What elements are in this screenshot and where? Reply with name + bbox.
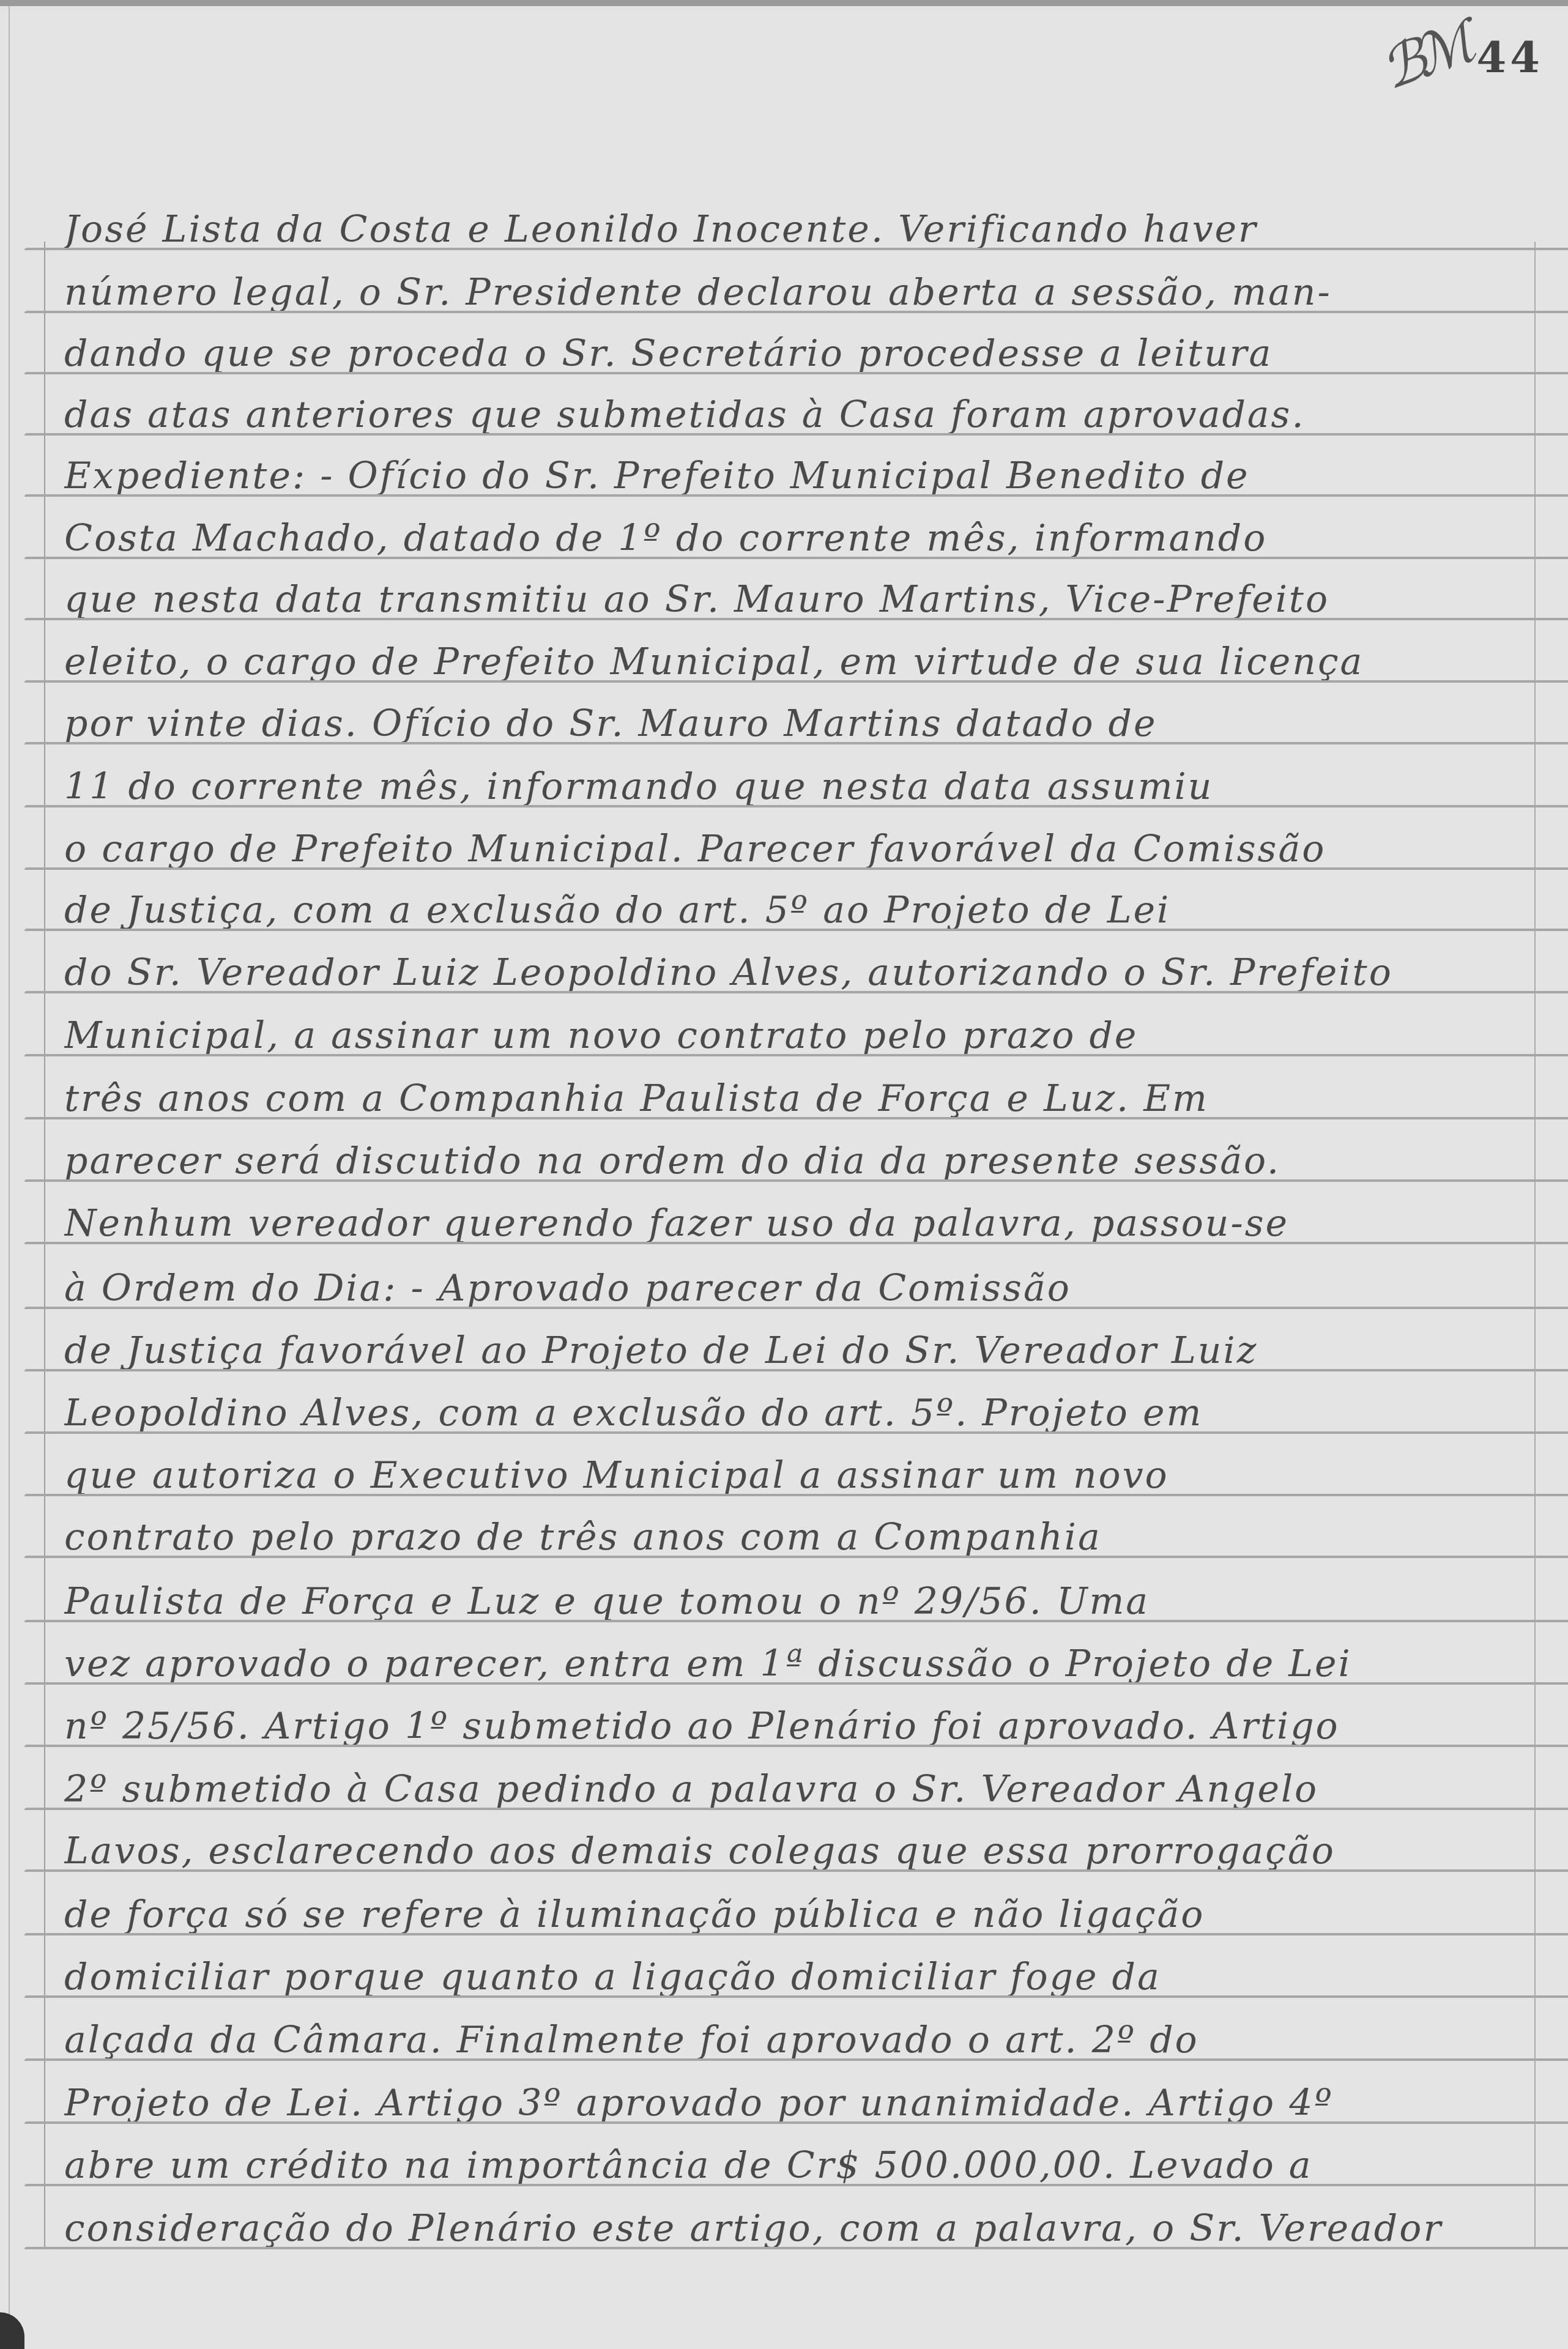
ruled-line xyxy=(24,2058,1568,2061)
ruled-line xyxy=(24,372,1568,374)
ruled-line xyxy=(24,1620,1568,1622)
ruled-line xyxy=(24,680,1568,683)
ruled-line xyxy=(24,867,1568,870)
ruled-line xyxy=(24,742,1568,744)
ruled-line xyxy=(24,1242,1568,1244)
text-line: dando que se proceda o Sr. Secretário pr… xyxy=(64,335,1529,372)
ruled-line xyxy=(24,433,1568,436)
text-line: Projeto de Lei. Artigo 3º aprovado por u… xyxy=(64,2085,1529,2121)
ruled-line xyxy=(24,1054,1568,1056)
text-line: que autoriza o Executivo Municipal a ass… xyxy=(64,1457,1529,1494)
ruled-line xyxy=(24,1869,1568,1872)
text-line: eleito, o cargo de Prefeito Municipal, e… xyxy=(64,644,1529,680)
text-line: nº 25/56. Artigo 1º submetido ao Plenári… xyxy=(64,1708,1529,1745)
text-line: de Justiça favorável ao Projeto de Lei d… xyxy=(64,1332,1529,1369)
manuscript-page: ℬℳ 44 José Lista da Costa e Leonildo Ino… xyxy=(0,0,1568,2349)
page-number: 44 xyxy=(1477,32,1544,83)
right-vertical-rule xyxy=(1534,242,1536,2248)
ruled-line xyxy=(24,2184,1568,2186)
text-line: consideração do Plenário este artigo, co… xyxy=(64,2210,1529,2247)
text-line: à Ordem do Dia: - Aprovado parecer da Co… xyxy=(64,1270,1529,1307)
left-vertical-rule xyxy=(44,242,45,2248)
text-line: Municipal, a assinar um novo contrato pe… xyxy=(64,1017,1529,1054)
text-line: 2º submetido à Casa pedindo a palavra o … xyxy=(64,1771,1529,1808)
ruled-line xyxy=(24,1745,1568,1747)
text-line: Lavos, esclarecendo aos demais colegas q… xyxy=(64,1833,1529,1869)
text-line: abre um crédito na importância de Cr$ 50… xyxy=(64,2147,1529,2184)
text-line: o cargo de Prefeito Municipal. Parecer f… xyxy=(64,831,1529,867)
ruled-line xyxy=(24,1369,1568,1371)
text-line: de força só se refere à iluminação públi… xyxy=(64,1896,1529,1933)
page-top-edge xyxy=(0,0,1568,6)
text-line: número legal, o Sr. Presidente declarou … xyxy=(64,274,1529,311)
text-line: alçada da Câmara. Finalmente foi aprovad… xyxy=(64,2022,1529,2058)
text-line: do Sr. Vereador Luiz Leopoldino Alves, a… xyxy=(64,954,1529,991)
text-line: vez aprovado o parecer, entra em 1ª disc… xyxy=(64,1646,1529,1682)
ruled-line xyxy=(24,2121,1568,2124)
page-header: ℬℳ 44 xyxy=(1381,24,1544,90)
ruled-line xyxy=(24,1933,1568,1935)
ruled-line xyxy=(24,1117,1568,1119)
ruled-line xyxy=(24,1494,1568,1496)
ruled-line xyxy=(24,1556,1568,1558)
ruled-line xyxy=(24,1808,1568,1810)
ruled-line xyxy=(24,618,1568,620)
ruled-line xyxy=(24,311,1568,313)
ruled-line xyxy=(24,929,1568,931)
ruled-line xyxy=(24,557,1568,559)
text-line: de Justiça, com a exclusão do art. 5º ao… xyxy=(64,892,1529,929)
ruled-line xyxy=(24,248,1568,250)
text-line: Expediente: - Ofício do Sr. Prefeito Mun… xyxy=(64,458,1529,494)
text-line: Costa Machado, datado de 1º do corrente … xyxy=(64,520,1529,557)
ruled-line xyxy=(24,1307,1568,1309)
ruled-line xyxy=(24,1995,1568,1998)
ruled-line xyxy=(24,991,1568,993)
ruled-line xyxy=(24,1431,1568,1434)
text-line: por vinte dias. Ofício do Sr. Mauro Mart… xyxy=(64,705,1529,742)
text-line: Paulista de Força e Luz e que tomou o nº… xyxy=(64,1583,1529,1620)
text-line: Nenhum vereador querendo fazer uso da pa… xyxy=(64,1205,1529,1242)
ruled-line xyxy=(24,2247,1568,2249)
ruled-line xyxy=(24,1682,1568,1685)
text-line: Leopoldino Alves, com a exclusão do art.… xyxy=(64,1395,1529,1431)
text-line: três anos com a Companhia Paulista de Fo… xyxy=(64,1080,1529,1117)
ruled-line xyxy=(24,1179,1568,1182)
ruled-line xyxy=(24,805,1568,807)
text-line: das atas anteriores que submetidas à Cas… xyxy=(64,396,1529,433)
ruled-line xyxy=(24,494,1568,497)
text-line: José Lista da Costa e Leonildo Inocente.… xyxy=(64,211,1529,248)
page-corner-shadow xyxy=(0,2312,24,2349)
text-line: que nesta data transmitiu ao Sr. Mauro M… xyxy=(64,581,1529,618)
text-line: parecer será discutido na ordem do dia d… xyxy=(64,1143,1529,1179)
binding-margin-line xyxy=(9,6,10,2349)
text-line: contrato pelo prazo de três anos com a C… xyxy=(64,1519,1529,1556)
rubric-signature-icon: ℬℳ xyxy=(1372,12,1474,103)
text-line: 11 do corrente mês, informando que nesta… xyxy=(64,768,1529,805)
text-line: domiciliar porque quanto a ligação domic… xyxy=(64,1959,1529,1995)
